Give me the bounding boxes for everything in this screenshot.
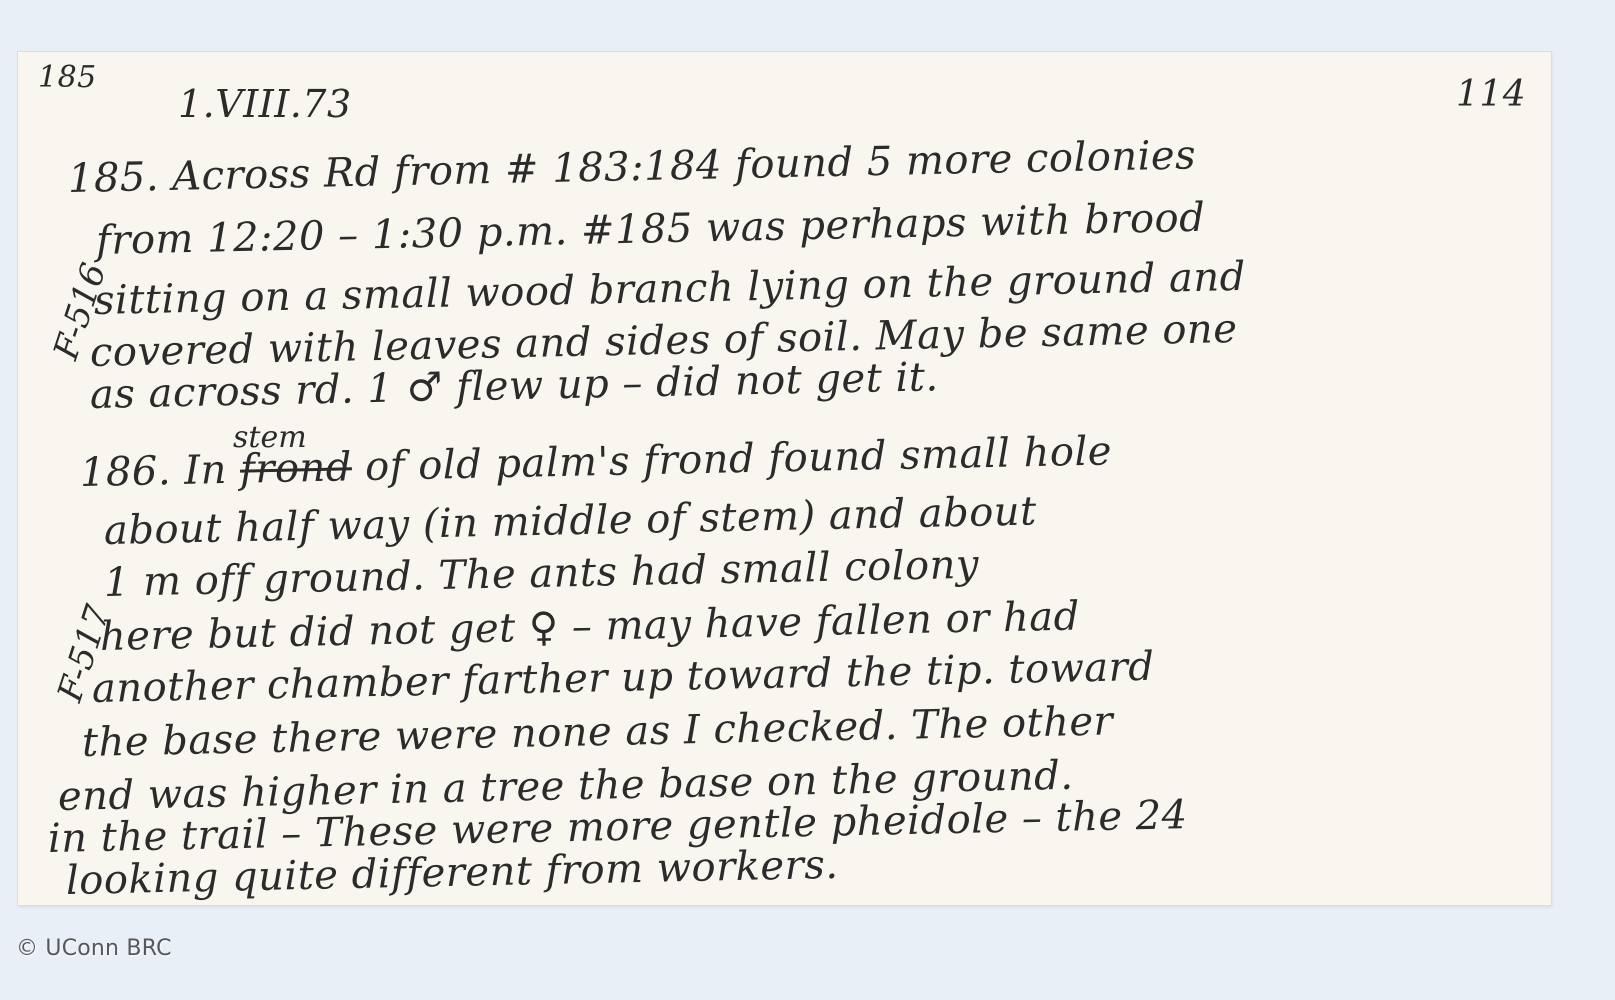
entry-line: from 12:20 – 1:30 p.m. #185 was perhaps … <box>96 195 1206 264</box>
struck-word: frond <box>240 444 353 492</box>
entry-prefix: 186. In <box>80 447 228 496</box>
page-number: 114 <box>1456 74 1526 115</box>
specimen-note-card: 185 1.VIII.73 114 F-516 F-517 185. Acros… <box>18 52 1551 905</box>
collection-date: 1.VIII.73 <box>178 82 352 126</box>
entry-line: 1 m off ground. The ants had small colon… <box>104 542 980 606</box>
entry-rest: of old palm's frond found small hole <box>365 428 1113 490</box>
card-index-number: 185 <box>38 60 97 95</box>
entry-line: 185. Across Rd from # 183:184 found 5 mo… <box>68 132 1197 202</box>
copyright-watermark: © UConn BRC <box>16 936 172 961</box>
